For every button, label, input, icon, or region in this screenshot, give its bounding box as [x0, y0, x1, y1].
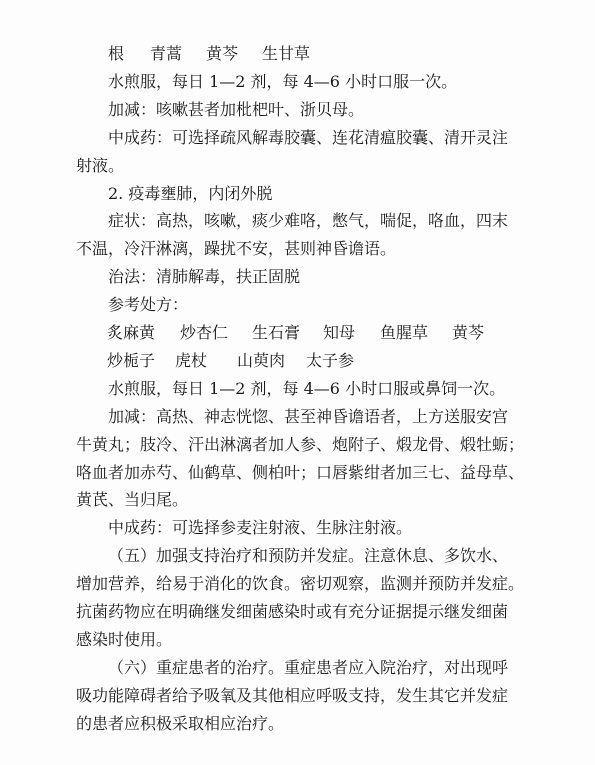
paragraph-continuation-line: 的患者应积极采取相应治疗。 — [76, 714, 516, 734]
paragraph-first-line: 治法：清肺解毒，扶正固脱 — [108, 267, 548, 287]
herb-name: 知母 — [323, 323, 355, 343]
prescription-herb-row: 炙麻黄炒杏仁生石膏知母鱼腥草黄芩 — [0, 323, 595, 343]
paragraph-first-line: 水煎服，每日 1—2 剂，每 4—6 小时口服一次。 — [108, 72, 548, 92]
paragraph-first-line: 2. 疫毒壅肺，内闭外脱 — [108, 184, 548, 204]
herb-name: 根 — [108, 44, 124, 64]
herb-name: 生石膏 — [252, 323, 300, 343]
paragraph-continuation-line: 咯血者加赤芍、仙鹤草、侧柏叶；口唇紫绀者加三七、益母草、 — [76, 463, 516, 483]
paragraph-first-line: 症状：高热，咳嗽，痰少难咯，憋气，喘促，咯血，四末 — [108, 211, 548, 231]
herb-name: 生甘草 — [262, 44, 310, 64]
paragraph-continuation-line: 吸功能障碍者给予吸氧及其他相应呼吸支持，发生其它并发症 — [76, 686, 516, 706]
paragraph-continuation-line: 黄芪、当归尾。 — [76, 490, 516, 510]
paragraph-continuation-line: 不温，冷汗淋漓，躁扰不安，甚则神昏谵语。 — [76, 239, 516, 259]
paragraph-first-line: 中成药：可选择疏风解毒胶囊、连花清瘟胶囊、清开灵注 — [108, 128, 548, 148]
document-page: 根青蒿黄芩生甘草水煎服，每日 1—2 剂，每 4—6 小时口服一次。加减：咳嗽甚… — [0, 0, 595, 765]
herb-name: 虎杖 — [175, 351, 207, 371]
prescription-herb-row: 炒栀子虎杖山萸肉太子参 — [0, 351, 595, 371]
herb-name: 炙麻黄 — [107, 323, 155, 343]
herb-name: 青蒿 — [150, 44, 182, 64]
paragraph-first-line: 水煎服，每日 1—2 剂，每 4—6 小时口服或鼻饲一次。 — [108, 379, 548, 399]
paragraph-continuation-line: 感染时使用。 — [76, 630, 516, 650]
paragraph-continuation-line: 抗菌药物应在明确继发细菌感染时或有充分证据提示继发细菌 — [76, 602, 516, 622]
herb-name: 黄芩 — [206, 44, 238, 64]
herb-name: 炒杏仁 — [180, 323, 228, 343]
paragraph-first-line: （六）重症患者的治疗。重症患者应入院治疗，对出现呼 — [108, 658, 548, 678]
paragraph-first-line: （五）加强支持治疗和预防并发症。注意休息、多饮水、 — [108, 546, 548, 566]
paragraph-continuation-line: 牛黄丸；肢冷、汗出淋漓者加人参、炮附子、煅龙骨、煅牡蛎； — [76, 435, 516, 455]
herb-name: 炒栀子 — [107, 351, 155, 371]
paragraph-continuation-line: 射液。 — [76, 156, 516, 176]
herb-name: 黄芩 — [452, 323, 484, 343]
herb-name: 山萸肉 — [237, 351, 285, 371]
paragraph-continuation-line: 增加营养，给易于消化的饮食。密切观察，监测并预防并发症。 — [76, 574, 516, 594]
prescription-herb-row: 根青蒿黄芩生甘草 — [0, 44, 595, 64]
paragraph-first-line: 中成药：可选择参麦注射液、生脉注射液。 — [108, 518, 548, 538]
herb-name: 鱼腥草 — [380, 323, 428, 343]
paragraph-first-line: 参考处方： — [108, 295, 548, 315]
paragraph-first-line: 加减：高热、神志恍惚、甚至神昏谵语者，上方送服安宫 — [108, 407, 548, 427]
paragraph-first-line: 加减：咳嗽甚者加枇杷叶、浙贝母。 — [108, 100, 548, 120]
herb-name: 太子参 — [306, 351, 354, 371]
